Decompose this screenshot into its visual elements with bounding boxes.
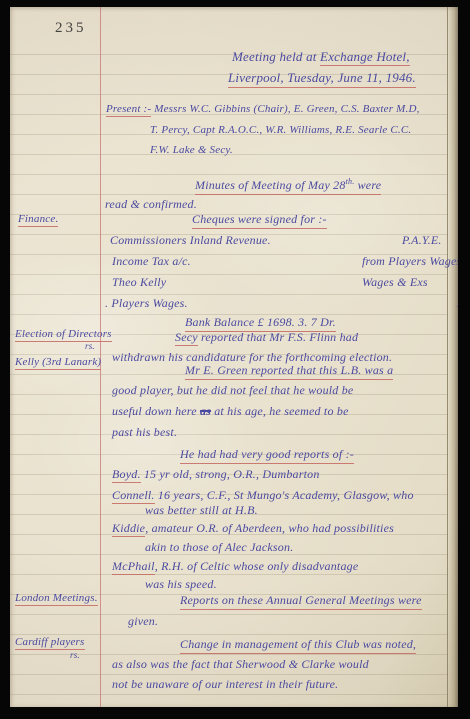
- report-connell-cont: was better still at H.B.: [145, 503, 258, 518]
- scanned-minute-book-photo: 235 Meeting held at Exchange Hotel, Live…: [0, 0, 470, 719]
- page-right-edge: [447, 7, 458, 707]
- finance-row: Income Tax a/c.from Players Wages£ 37. 1…: [112, 254, 458, 269]
- report-boyd: Boyd. 15 yr old, strong, O.R., Dumbarton: [112, 467, 320, 482]
- page-number: 235: [55, 20, 87, 37]
- margin-note-london: London Meetings.: [15, 592, 98, 606]
- finance-row: . Players Wages.£ 352. 16. 0: [105, 296, 458, 311]
- minutes-line-2: read & confirmed.: [105, 197, 197, 212]
- elections-line-1: Secy reported that Mr F.S. Flinn had: [175, 330, 358, 345]
- london-line-1: Reports on these Annual General Meetings…: [180, 593, 422, 610]
- reports-heading: He had had very good reports of :-: [180, 447, 354, 464]
- present-line-3: F.W. Lake & Secy.: [150, 144, 233, 156]
- finance-row: Commissioners Inland Revenue.P.A.Y.E.£ 1…: [110, 233, 458, 248]
- present-line-2: T. Percy, Capt R.A.O.C., W.R. Williams, …: [150, 124, 411, 136]
- margin-note-elections-correction: rs.: [85, 341, 95, 351]
- margin-note-elections: Election of Directors: [15, 328, 112, 342]
- header-line-2: Liverpool, Tuesday, June 11, 1946.: [228, 70, 416, 88]
- minutes-line-1: Minutes of Meeting of May 28th. were: [195, 177, 381, 195]
- report-kiddie-cont: akin to those of Alec Jackson.: [145, 540, 293, 555]
- kelly-line-1: Mr E. Green reported that this L.B. was …: [185, 363, 393, 380]
- kelly-line-2: good player, but he did not feel that he…: [112, 383, 353, 398]
- finance-heading: Cheques were signed for :-: [192, 212, 327, 229]
- margin-note-kelly: Kelly (3rd Lanark): [15, 356, 101, 370]
- kelly-line-4: past his best.: [112, 425, 177, 440]
- report-connell: Connell. 16 years, C.F., St Mungo's Acad…: [112, 488, 414, 503]
- header-line-1: Meeting held at Exchange Hotel,: [232, 49, 410, 65]
- report-mcphail-cont: was his speed.: [145, 577, 217, 592]
- kelly-line-3: useful down here as at his age, he seeme…: [112, 404, 349, 419]
- ledger-page: 235 Meeting held at Exchange Hotel, Live…: [10, 7, 458, 707]
- margin-note-cardiff: Cardiff players: [15, 636, 85, 650]
- margin-note-cardiff-correction: rs.: [70, 650, 80, 660]
- report-mcphail: McPhail, R.H. of Celtic whose only disad…: [112, 559, 358, 574]
- present-line-1: Present :- Messrs W.C. Gibbins (Chair), …: [106, 103, 420, 115]
- cardiff-line-2: as also was the fact that Sherwood & Cla…: [112, 657, 369, 672]
- margin-note-finance: Finance.: [18, 213, 58, 227]
- report-kiddie: Kiddie, amateur O.R. of Aberdeen, who ha…: [112, 521, 394, 536]
- finance-row: Theo KellyWages & Exs£ 200. 0. 0: [112, 275, 458, 290]
- london-line-2: given.: [128, 614, 158, 629]
- cardiff-line-3: not be unaware of our interest in their …: [112, 677, 338, 692]
- cardiff-line-1: Change in management of this Club was no…: [180, 637, 416, 654]
